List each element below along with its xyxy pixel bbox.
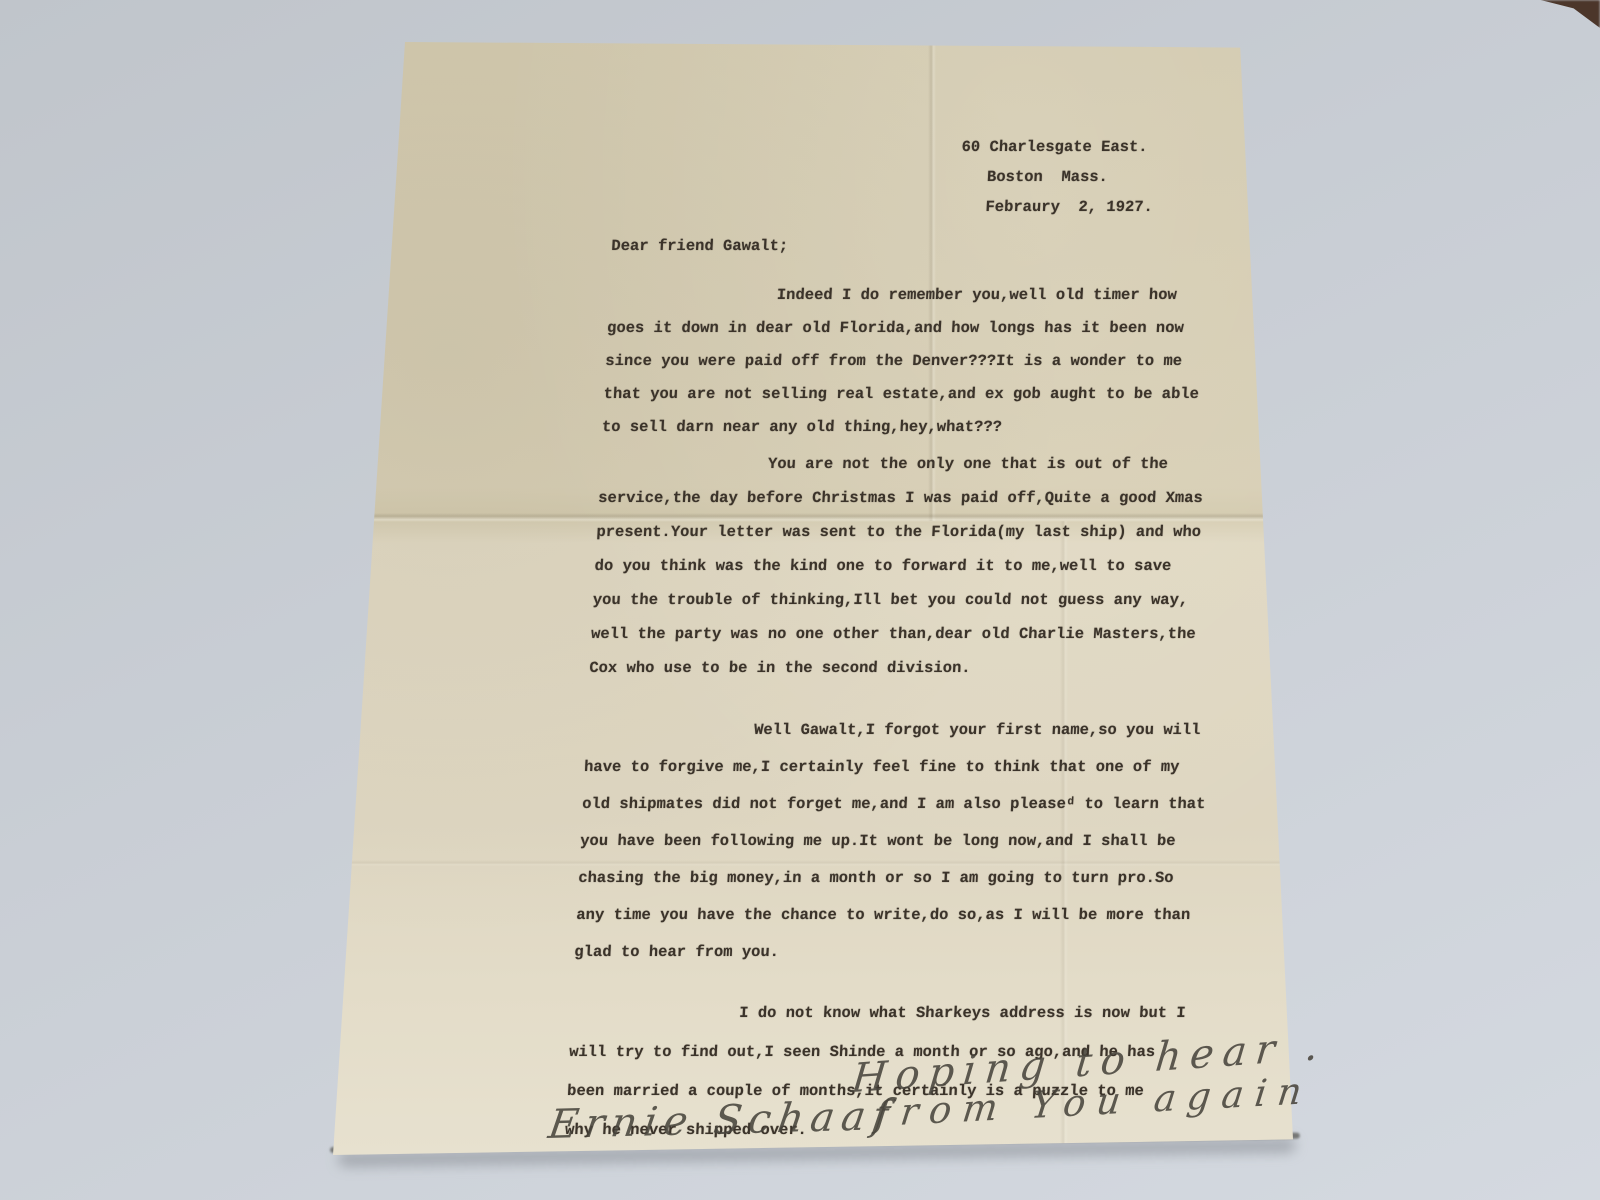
letter-line: present.Your letter was sent to the Flor… — [596, 515, 1202, 549]
letter-line: Boston Mass. — [959, 162, 1155, 192]
letter-paragraph-3: Well Gawalt,I forgot your first name,so … — [573, 712, 1210, 971]
letter-line: service,the day before Christmas I was p… — [597, 481, 1203, 515]
typewritten-text-layer: 60 Charlesgate East.Boston Mass.Febraury… — [0, 120, 1600, 1200]
letter-line: goes it down in dear old Florida,and how… — [606, 312, 1203, 345]
letter-line: Indeed I do remember you,well old timer … — [608, 279, 1205, 312]
letter-line: you have been following me up.It wont be… — [579, 823, 1204, 860]
letter-line: glad to hear from you. — [573, 934, 1198, 971]
letter-line: Well Gawalt,I forgot your first name,so … — [585, 712, 1210, 749]
photo-of-letter: 60 Charlesgate East.Boston Mass.Febraury… — [0, 0, 1600, 1200]
letter-line: well the party was no one other than,dea… — [590, 617, 1196, 651]
letter-line: I do not know what Sharkeys address is n… — [570, 994, 1187, 1033]
letter-paragraph-2: You are not the only one that is out of … — [588, 447, 1205, 685]
letter-line: have to forgive me,I certainly feel fine… — [583, 749, 1208, 786]
dark-corner-object — [1534, 0, 1600, 28]
letter-salutation: Dear friend Gawalt; — [611, 236, 789, 256]
handwritten-signature: Ernie Schaaf — [546, 1093, 898, 1148]
letter-line: chasing the big money,in a month or so I… — [577, 860, 1202, 897]
letter-line: Febraury 2, 1927. — [958, 192, 1154, 222]
letter-line: you the trouble of thinking,Ill bet you … — [592, 583, 1198, 617]
letter-line: that you are not selling real estate,and… — [603, 378, 1200, 411]
letter-paragraph-1: Indeed I do remember you,well old timer … — [601, 279, 1205, 444]
letter-line: old shipmates did not forget me,and I am… — [581, 786, 1206, 823]
letter-line: do you think was the kind one to forward… — [594, 549, 1200, 583]
letter-line: to sell darn near any old thing,hey,what… — [601, 411, 1198, 444]
letter-heading: 60 Charlesgate East.Boston Mass.Febraury… — [958, 132, 1157, 222]
letter-line: any time you have the chance to write,do… — [575, 897, 1200, 934]
letter-line: Cox who use to be in the second division… — [588, 651, 1194, 685]
letter-line: You are not the only one that is out of … — [599, 447, 1205, 481]
letter-line: since you were paid off from the Denver?… — [604, 345, 1201, 378]
letter-line: 60 Charlesgate East. — [961, 132, 1157, 162]
